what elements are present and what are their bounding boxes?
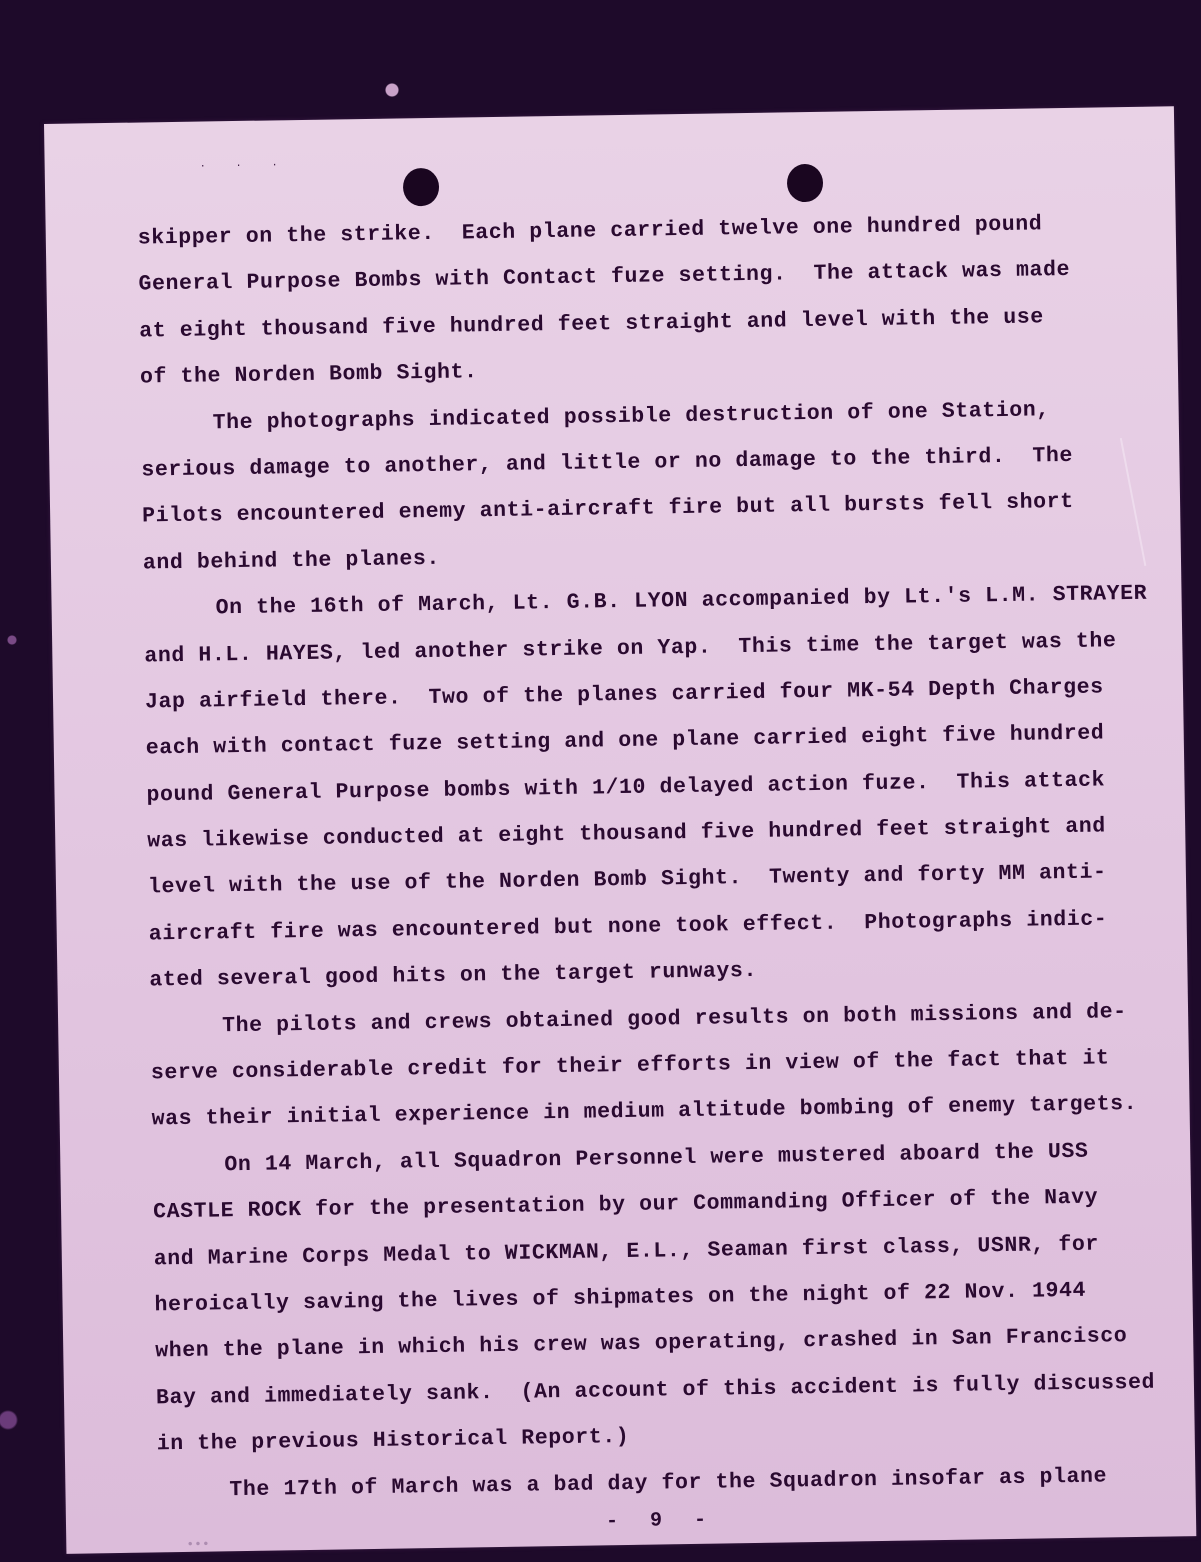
punch-hole-right bbox=[787, 164, 824, 203]
report-body-text: skipper on the strike. Each plane carrie… bbox=[137, 200, 1167, 1515]
document-page: . . . skipper on the strike. Each plane … bbox=[44, 106, 1196, 1554]
ink-smudge: ••• bbox=[186, 1537, 210, 1552]
page-number: - 9 - bbox=[606, 1509, 716, 1534]
stray-ink-marks: . . . bbox=[200, 158, 290, 170]
punch-hole-left bbox=[403, 168, 440, 207]
